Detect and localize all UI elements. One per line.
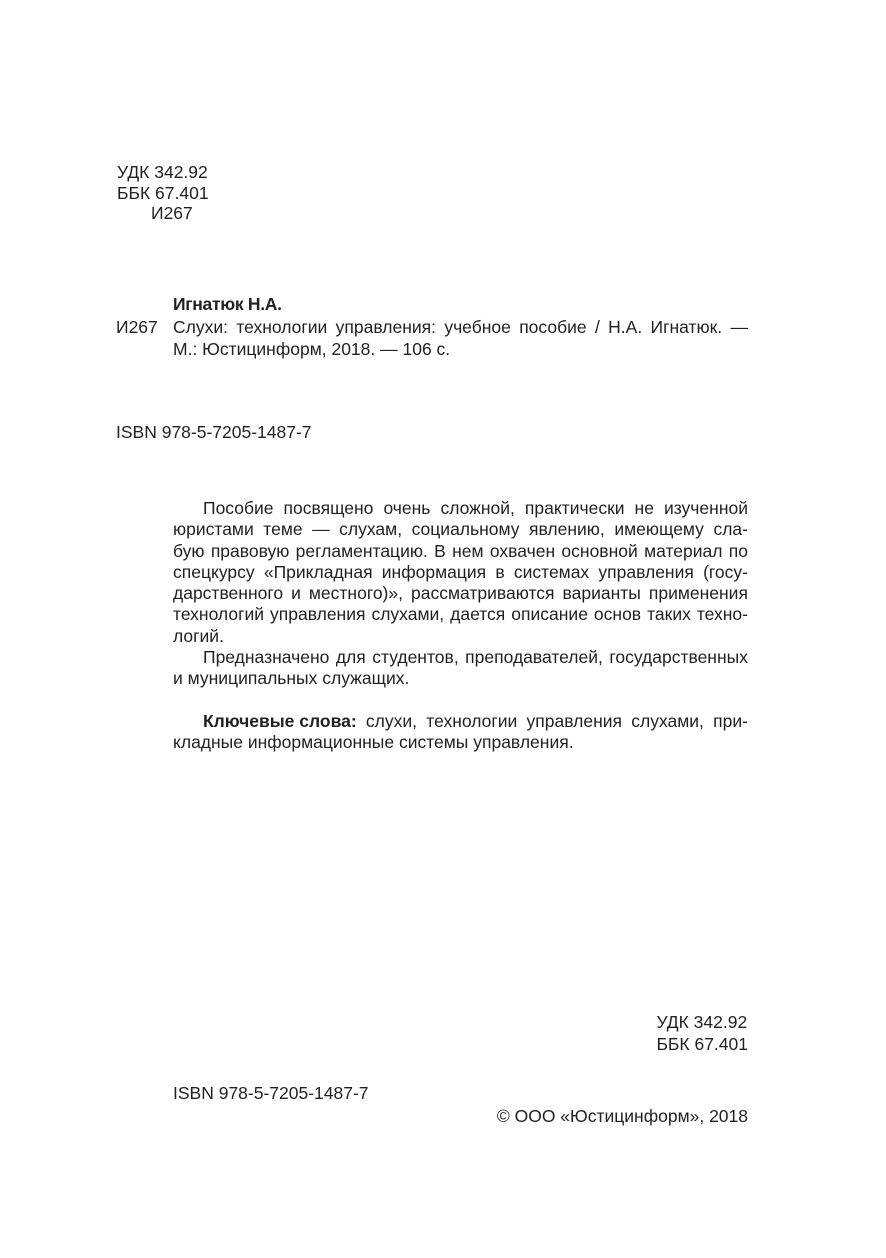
text-line: и муниципальных служащих. [173,668,748,689]
text-line: Предназначенодлястудентов,преподавателей… [173,647,748,668]
udk-code: УДК 342.92 [656,1012,748,1034]
keywords-label: Ключевые слова: [203,711,357,732]
udk-code: УДК 342.92 [117,162,209,183]
bibliographic-description: Слухи:технологииуправления:учебноепособи… [173,316,748,360]
text-line: буюправовуюрегламентацию.Внемохваченосно… [173,541,748,562]
keywords-paragraph: Ключевые слова: слухи,технологииуправлен… [173,711,748,754]
text-line: логий. [173,626,748,647]
bbk-code: ББК 67.401 [656,1034,748,1056]
classification-block-top: УДК 342.92 ББК 67.401 И267 [117,162,209,224]
bbk-code: ББК 67.401 [117,183,209,204]
author-name: Игнатюк Н.А. [173,293,282,315]
text-line: юристамитеме—слухам,социальномуявлению,и… [173,519,748,540]
text-line: технологийуправленияслухами,даетсяописан… [173,604,748,625]
text-line: кладные информационные системы управлени… [173,732,748,753]
biblio-line: Слухи:технологииуправления:учебноепособи… [173,316,748,338]
biblio-author-mark: И267 [116,316,158,338]
text-line: спецкурсу«Прикладнаяинформациявсистемаху… [173,562,748,583]
abstract-paragraph-2: Предназначенодлястудентов,преподавателей… [173,647,748,690]
biblio-line: М.: Юстицинформ, 2018. — 106 с. [173,338,748,360]
isbn-bottom: ISBN 978-5-7205-1487-7 [173,1082,369,1104]
keywords-line: Ключевые слова: слухи,технологииуправлен… [173,711,748,732]
author-mark: И267 [117,203,209,224]
isbn-top: ISBN 978-5-7205-1487-7 [116,421,312,443]
text-line: дарственногоиместного)»,рассматриваютсяв… [173,583,748,604]
text-line: Пособиепосвященооченьсложной,практически… [173,498,748,519]
copyright-notice: © ООО «Юстицинформ», 2018 [497,1105,748,1127]
abstract: Пособиепосвященооченьсложной,практически… [173,498,748,753]
classification-block-bottom: УДК 342.92 ББК 67.401 [656,1012,748,1055]
abstract-paragraph-1: Пособиепосвященооченьсложной,практически… [173,498,748,647]
